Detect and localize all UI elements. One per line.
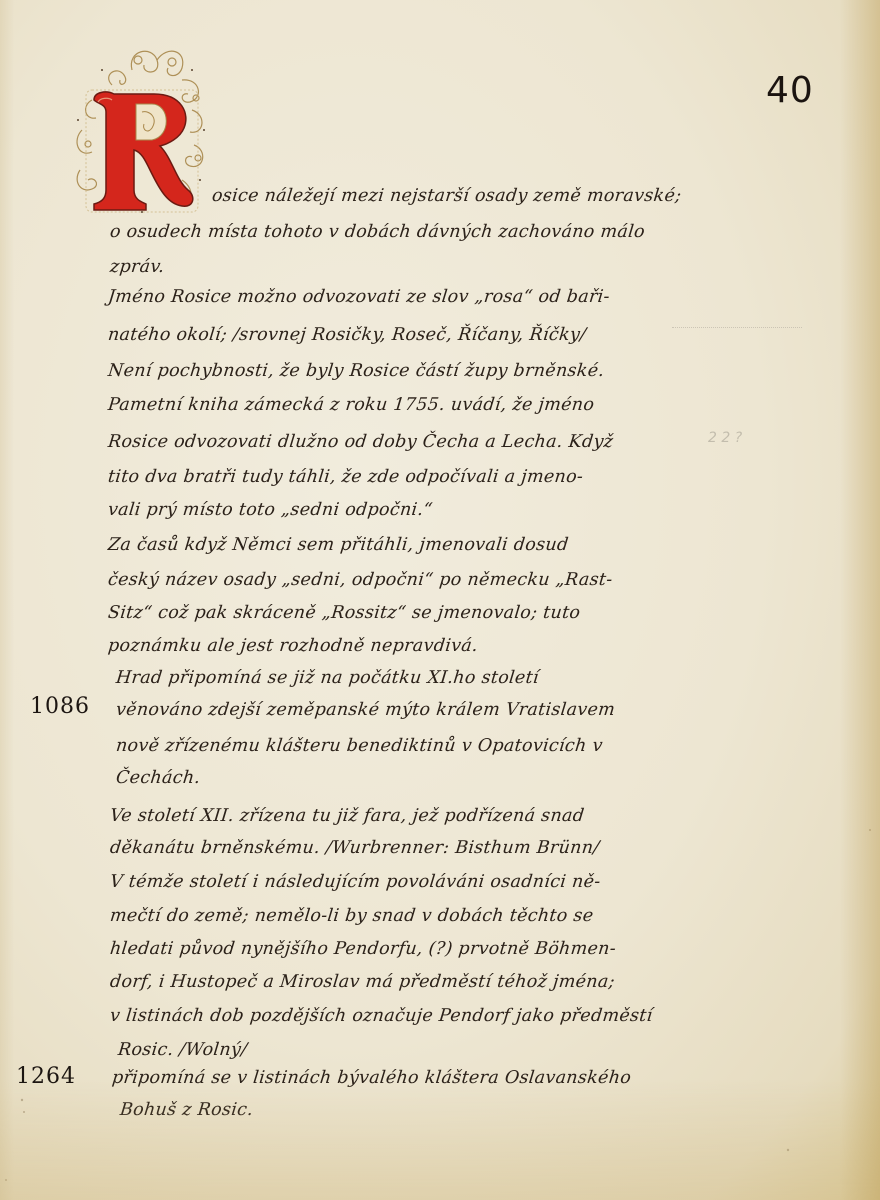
- text-line-27: připomíná se v listinách bývalého klášte…: [111, 1068, 632, 1088]
- text-line-4: Jméno Rosice možno odvozovati ze slov „r…: [107, 287, 611, 307]
- text-line-6: Není pochybnosti, že byly Rosice částí ž…: [107, 361, 605, 381]
- text-line-2: o osudech místa tohoto v dobách dávných …: [109, 222, 646, 242]
- text-line-18: Čechách.: [115, 768, 201, 788]
- text-line-16: věnováno zdejší zeměpanské mýto králem V…: [115, 700, 616, 720]
- text-line-5: natého okolí; /srovnej Rosičky, Roseč, Ř…: [107, 325, 587, 345]
- text-line-23: hledati původ nynějšího Pendorfu, (?) pr…: [109, 939, 617, 959]
- text-line-25: v listinách dob pozdějších označuje Pend…: [109, 1006, 654, 1026]
- text-line-3: zpráv.: [109, 257, 166, 277]
- text-line-22: mečtí do země; nemělo-li by snad v dobác…: [109, 906, 595, 926]
- page-number: 40: [766, 70, 814, 111]
- text-line-13: Sitz“ což pak skráceně „Rossitz“ se jmen…: [107, 603, 581, 623]
- text-line-12: český název osady „sedni, odpočni“ po ně…: [107, 570, 614, 590]
- text-line-17: nově zřízenému klášteru benediktinů v Op…: [115, 736, 604, 756]
- text-line-24: dorf, i Hustopeč a Miroslav má předměstí…: [109, 972, 616, 992]
- margin-year-1264: 1264: [16, 1064, 76, 1089]
- text-line-8: Rosice odvozovati dlužno od doby Čecha a…: [107, 432, 614, 452]
- margin-year-1086: 1086: [30, 694, 90, 719]
- text-line-7: Pametní kniha zámecká z roku 1755. uvádí…: [107, 395, 595, 415]
- text-line-9: tito dva bratři tudy táhli, že zde odpoč…: [107, 467, 584, 487]
- text-line-20: děkanátu brněnskému. /Wurbrenner: Bisthu…: [109, 838, 601, 858]
- manuscript-page: 40 osice náležejí mezi: [0, 0, 880, 1200]
- text-line-11: Za časů když Němci sem přitáhli, jmenova…: [107, 535, 570, 555]
- text-line-19: Ve století XII. zřízena tu již fara, jež…: [109, 806, 585, 826]
- text-line-14: poznámku ale jest rozhodně nepravdivá.: [107, 636, 479, 656]
- text-line-15: Hrad připomíná se již na počátku XI.ho s…: [115, 668, 540, 688]
- text-line-26: Rosic. /Wolný/: [117, 1040, 248, 1060]
- text-line-10: vali prý místo toto „sedni odpočni.“: [107, 500, 434, 520]
- text-line-1: osice náležejí mezi nejstarší osady země…: [211, 186, 682, 206]
- text-line-21: V témže století i následujícím povoláván…: [109, 872, 602, 892]
- pencil-marginal-numbers: 2 2 ?: [708, 430, 742, 446]
- pencil-marginal-note: [672, 318, 802, 331]
- illuminated-initial-r: [72, 40, 212, 220]
- text-line-28: Bohuš z Rosic.: [119, 1100, 254, 1120]
